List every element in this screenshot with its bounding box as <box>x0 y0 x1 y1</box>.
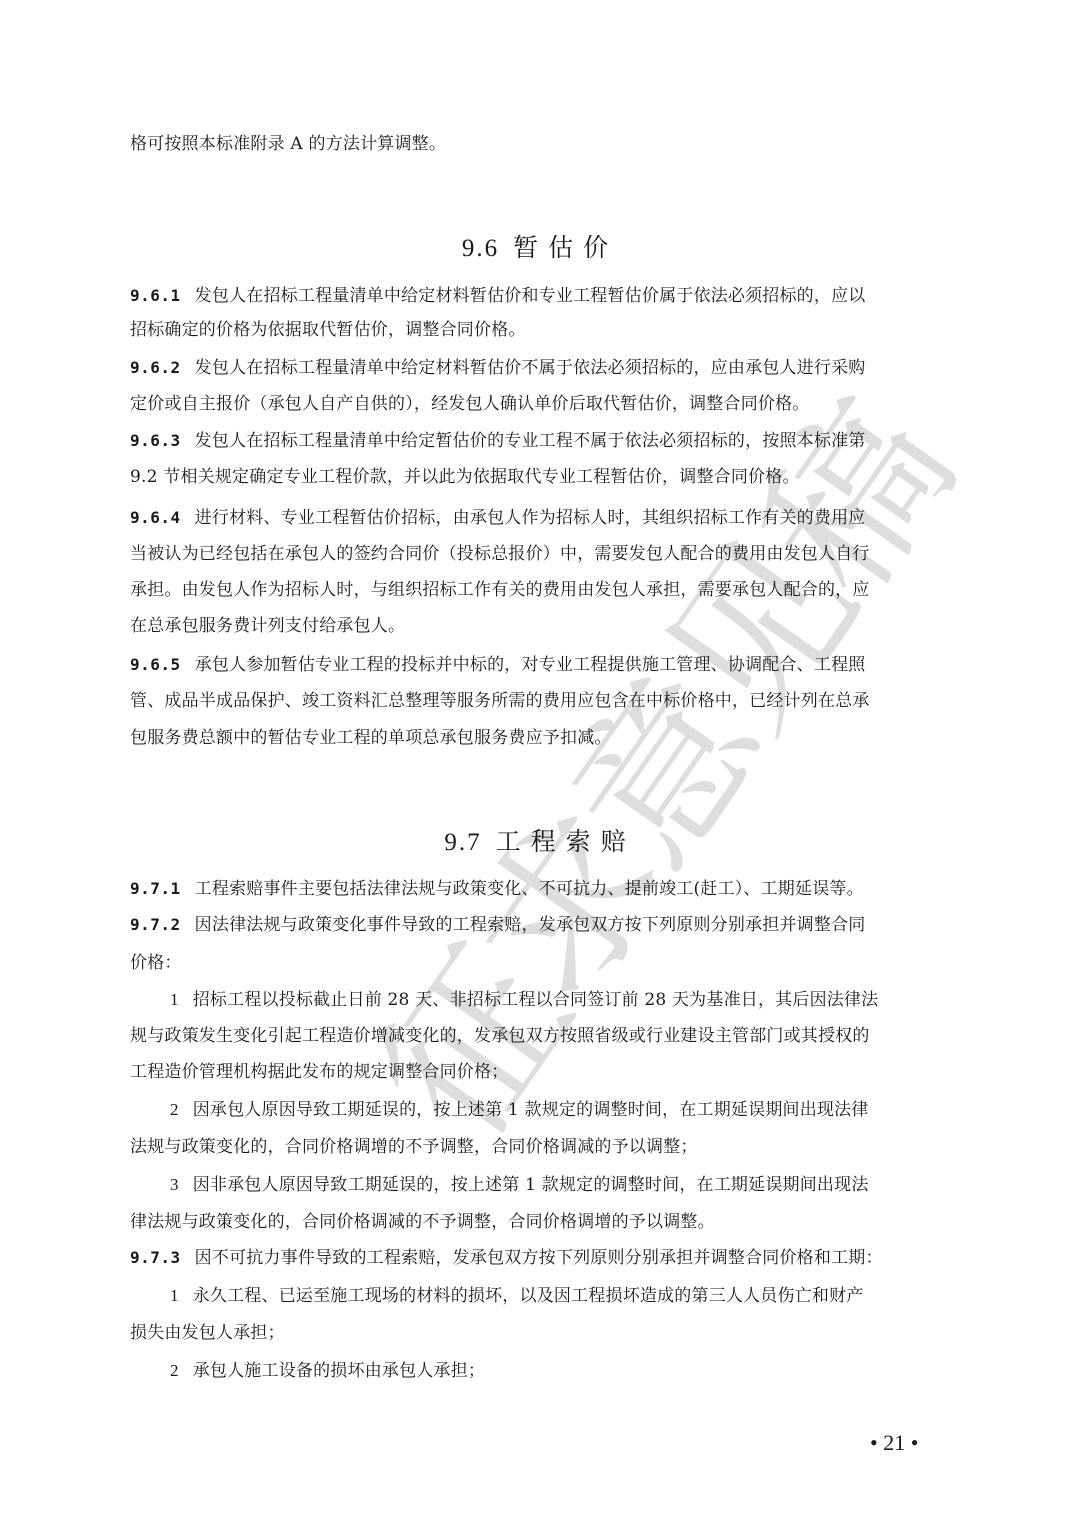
item-number: 2 <box>170 1361 179 1380</box>
clause-text-line: 承担。由发包人作为招标人时，与组织招标工作有关的费用由发包人承担，需要承包人配合… <box>130 578 950 602</box>
list-item-9-7-2-2: 2因承包人原因导致工期延误的，按上述第 1 款规定的调整时间，在工期延误期间出现… <box>170 1098 990 1122</box>
clause-number: 9.7.3 <box>130 1248 181 1267</box>
list-item-9-7-2-1: 1招标工程以投标截止日前 28 天、非招标工程以合同签订前 28 天为基准日，其… <box>170 988 990 1012</box>
item-text: 因承包人原因导致工期延误的，按上述第 1 款规定的调整时间，在工期延误期间出现法… <box>193 1100 869 1120</box>
clause-9-7-2: 9.7.2因法律法规与政策变化事件导致的工程索赔，发承包双方按下列原则分别承担并… <box>130 913 950 937</box>
item-text: 永久工程、已运至施工现场的材料的损坏，以及因工程损坏造成的第三人人员伤亡和财产 <box>193 1286 864 1306</box>
item-text: 承包人施工设备的损坏由承包人承担； <box>193 1361 485 1381</box>
item-text: 招标工程以投标截止日前 28 天、非招标工程以合同签订前 28 天为基准日，其后… <box>193 990 879 1010</box>
item-text-line: 工程造价管理机构据此发布的规定调整合同价格； <box>130 1060 950 1084</box>
clause-text: 因不可抗力事件导致的工程索赔，发承包双方按下列原则分别承担并调整合同价格和工期： <box>195 1248 883 1268</box>
clause-9-7-3: 9.7.3因不可抗力事件导致的工程索赔，发承包双方按下列原则分别承担并调整合同价… <box>130 1246 950 1270</box>
section-title: 工程索赔 <box>496 827 636 856</box>
clause-text-line: 管、成品半成品保护、竣工资料汇总整理等服务所需的费用应包含在中标价格中，已经计列… <box>130 689 950 713</box>
clause-number: 9.6.4 <box>130 508 181 527</box>
clause-9-6-1: 9.6.1发包人在招标工程量清单中给定材料暂估价和专业工程暂估价属于依法必须招标… <box>130 284 950 308</box>
clause-number: 9.6.3 <box>130 431 181 450</box>
section-number: 9.7 <box>444 829 481 856</box>
clause-9-6-4: 9.6.4进行材料、专业工程暂估价招标，由承包人作为招标人时，其组织招标工作有关… <box>130 506 950 530</box>
clause-text: 因法律法规与政策变化事件导致的工程索赔，发承包双方按下列原则分别承担并调整合同 <box>195 915 866 935</box>
clause-number: 9.6.5 <box>130 655 181 674</box>
section-heading-9-7: 9.7工程索赔 <box>0 822 1080 858</box>
clause-9-6-3: 9.6.3发包人在招标工程量清单中给定暂估价的专业工程不属于依法必须招标的，按照… <box>130 429 950 453</box>
item-text-line: 规与政策发生变化引起工程造价增减变化的，发承包双方按照省级或行业建设主管部门或其… <box>130 1024 950 1048</box>
page-number: • 21 • <box>870 1430 918 1456</box>
clause-text: 进行材料、专业工程暂估价招标，由承包人作为招标人时，其组织招标工作有关的费用应 <box>195 508 866 528</box>
clause-number: 9.7.2 <box>130 915 181 934</box>
clause-text-line: 包服务费总额中的暂估专业工程的单项总承包服务费应予扣减。 <box>130 726 950 750</box>
item-text-line: 律法规与政策变化的，合同价格调减的不予调整，合同价格调增的予以调整。 <box>130 1210 950 1234</box>
clause-9-6-5: 9.6.5承包人参加暂估专业工程的投标并中标的，对专业工程提供施工管理、协调配合… <box>130 653 950 677</box>
item-number: 1 <box>170 990 179 1009</box>
clause-text-line: 招标确定的价格为依据取代暂估价，调整合同价格。 <box>130 318 950 342</box>
clause-number: 9.6.1 <box>130 286 181 305</box>
list-item-9-7-2-3: 3因非承包人原因导致工期延误的，按上述第 1 款规定的调整时间，在工期延误期间出… <box>170 1173 990 1197</box>
clause-text-line: 价格： <box>130 951 950 975</box>
clause-text-line: 定价或自主报价（承包人自产自供的），经发包人确认单价后取代暂估价，调整合同价格。 <box>130 392 950 416</box>
item-text-line: 损失由发包人承担； <box>130 1321 950 1345</box>
clause-text-line: 在总承包服务费计列支付给承包人。 <box>130 614 950 638</box>
document-page: 征求意见稿 格可按照本标准附录 A 的方法计算调整。 9.6暂估价 9.6.1发… <box>0 0 1080 1526</box>
clause-text-line: 9.2 节相关规定确定专业工程价款，并以此为依据取代专业工程暂估价，调整合同价格… <box>130 465 950 489</box>
item-number: 3 <box>170 1175 179 1194</box>
item-text-line: 法规与政策变化的，合同价格调增的不予调整，合同价格调减的予以调整； <box>130 1135 950 1159</box>
clause-text: 发包人在招标工程量清单中给定暂估价的专业工程不属于依法必须招标的，按照本标准第 <box>195 431 866 451</box>
continuation-text: 格可按照本标准附录 A 的方法计算调整。 <box>130 132 950 156</box>
clause-text: 承包人参加暂估专业工程的投标并中标的，对专业工程提供施工管理、协调配合、工程照 <box>195 655 866 675</box>
clause-9-7-1: 9.7.1工程索赔事件主要包括法律法规与政策变化、不可抗力、提前竣工(赶工）、工… <box>130 877 950 901</box>
section-title: 暂估价 <box>513 233 618 262</box>
clause-text-line: 当被认为已经包括在承包人的签约合同价（投标总报价）中，需要发包人配合的费用由发包… <box>130 542 950 566</box>
item-number: 2 <box>170 1100 179 1119</box>
list-item-9-7-3-1: 1永久工程、已运至施工现场的材料的损坏，以及因工程损坏造成的第三人人员伤亡和财产 <box>170 1284 990 1308</box>
clause-text: 工程索赔事件主要包括法律法规与政策变化、不可抗力、提前竣工(赶工）、工期延误等。 <box>195 879 864 899</box>
clause-text: 发包人在招标工程量清单中给定材料暂估价不属于依法必须招标的，应由承包人进行采购 <box>195 358 866 378</box>
section-heading-9-6: 9.6暂估价 <box>0 228 1080 264</box>
clause-9-6-2: 9.6.2发包人在招标工程量清单中给定材料暂估价不属于依法必须招标的，应由承包人… <box>130 356 950 380</box>
item-text: 因非承包人原因导致工期延误的，按上述第 1 款规定的调整时间，在工期延误期间出现… <box>193 1175 869 1195</box>
item-number: 1 <box>170 1286 179 1305</box>
clause-number: 9.6.2 <box>130 358 181 377</box>
clause-number: 9.7.1 <box>130 879 181 898</box>
clause-text: 发包人在招标工程量清单中给定材料暂估价和专业工程暂估价属于依法必须招标的，应以 <box>195 286 866 306</box>
list-item-9-7-3-2: 2承包人施工设备的损坏由承包人承担； <box>170 1359 990 1383</box>
section-number: 9.6 <box>462 235 499 262</box>
